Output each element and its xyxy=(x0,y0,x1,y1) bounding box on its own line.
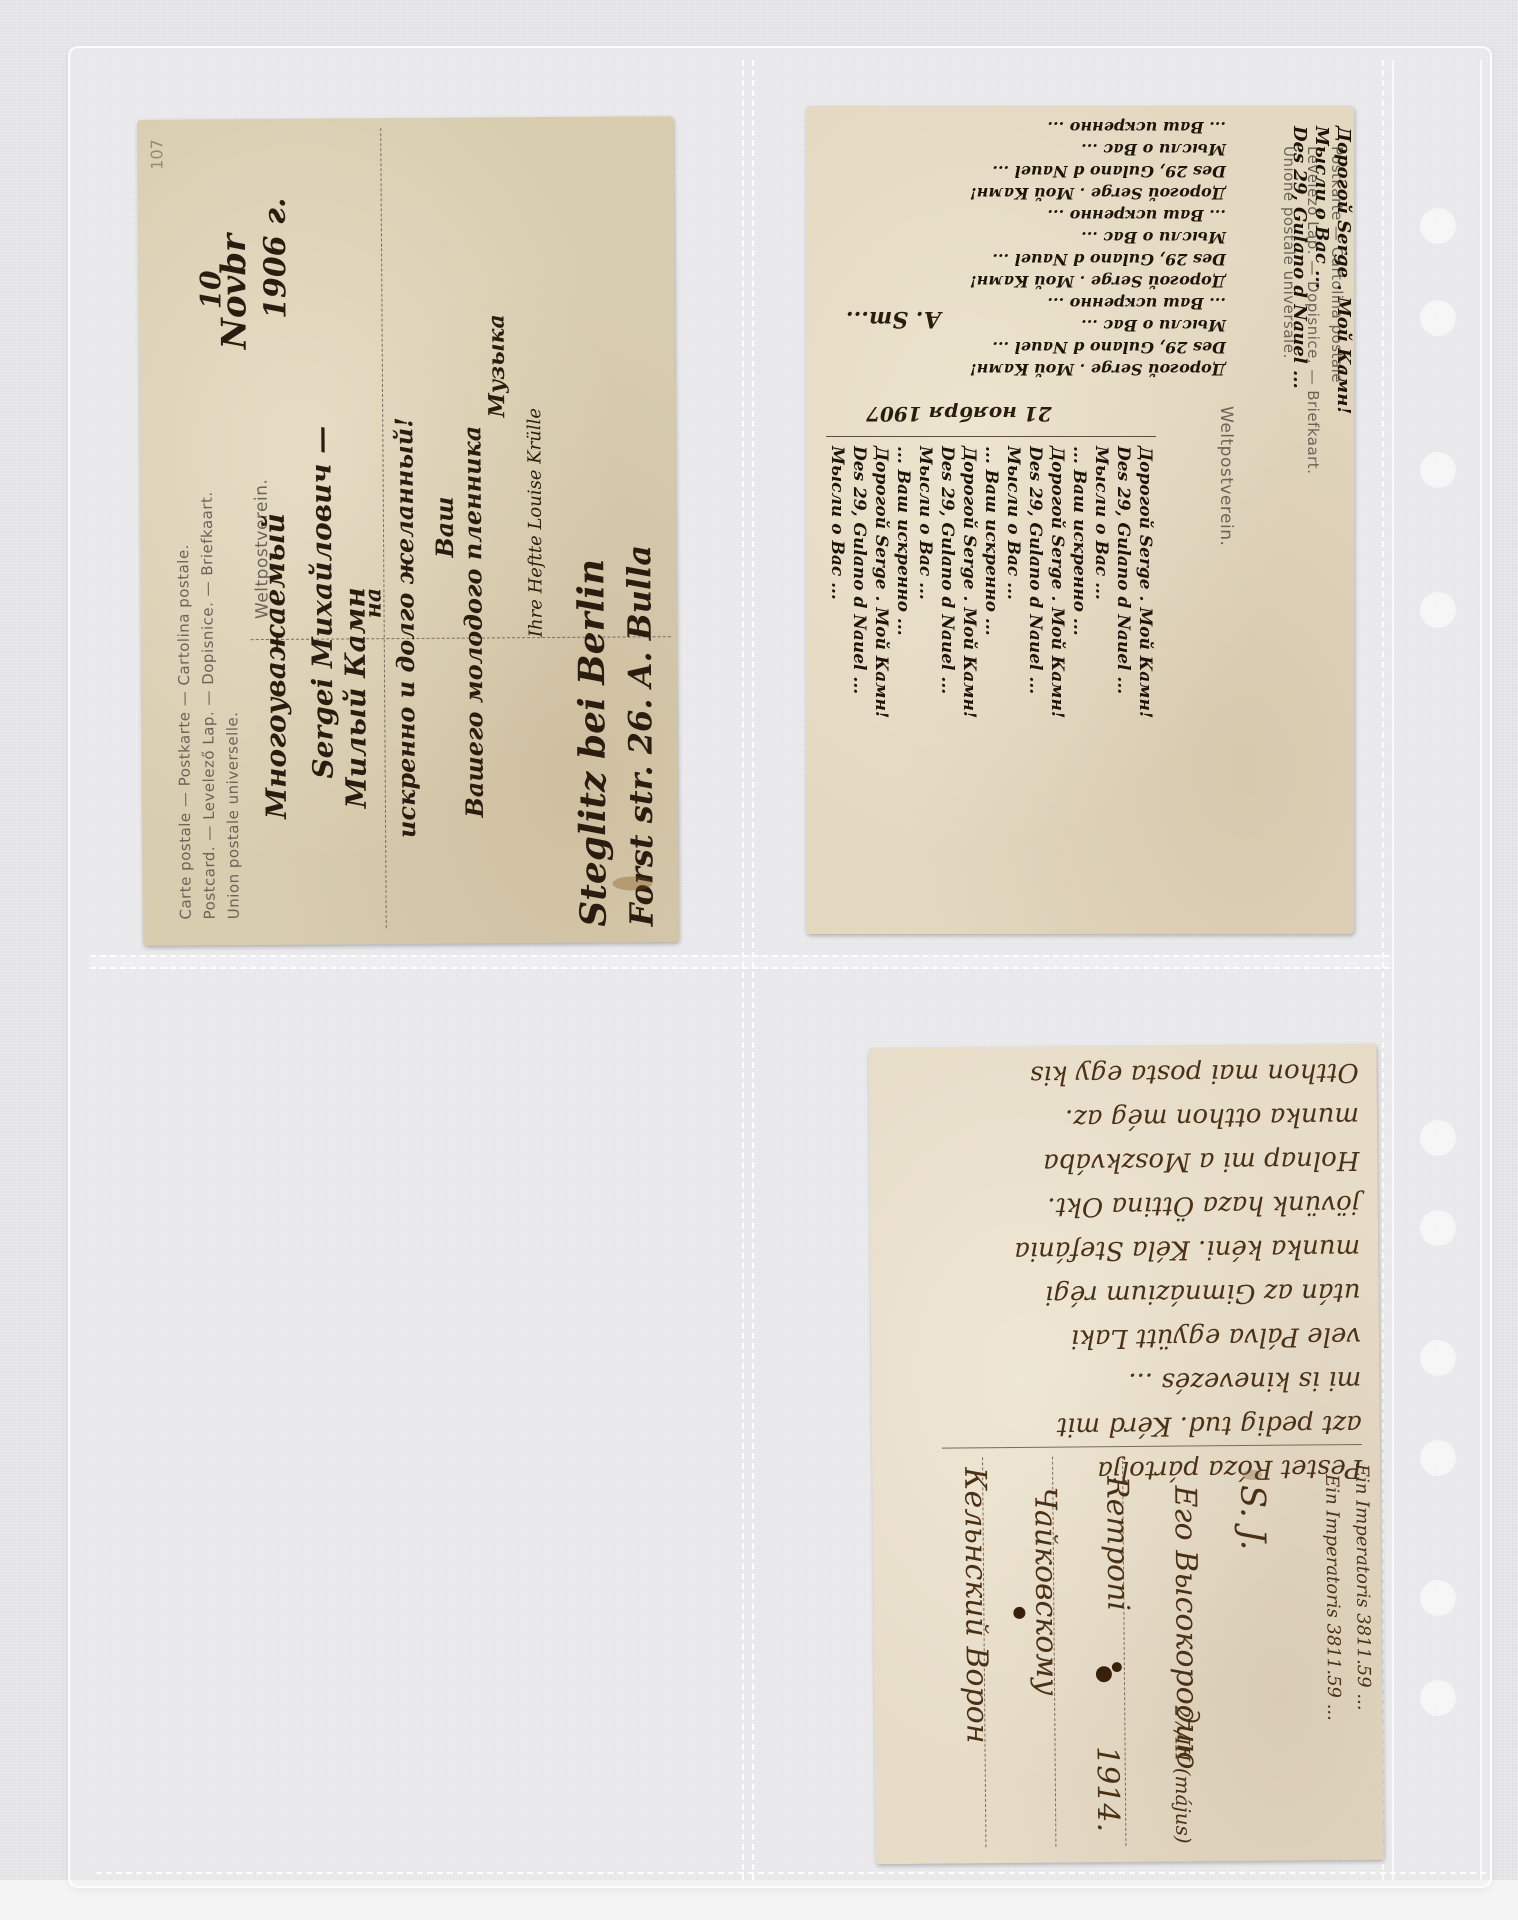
message-line: Вашего молодого пленника xyxy=(457,426,489,818)
message-line: Милый Камн xyxy=(338,587,373,808)
punch-hole-icon xyxy=(1420,1340,1456,1376)
date-month: Novbr xyxy=(214,234,255,349)
address-line-2: Forst str. 26. A. Bulla xyxy=(620,545,661,927)
pencil-mark: 107 xyxy=(147,139,166,170)
punch-hole-icon xyxy=(1420,1210,1456,1246)
message-line: искренно и долго желанный! xyxy=(389,417,421,838)
cross-written-column: Дорогой Serge . Мой Камн! Des 29, Gulano… xyxy=(826,446,1156,926)
address-line-2: Remponi xyxy=(1099,1476,1135,1611)
address-line-4: Кельнский Ворон xyxy=(957,1467,994,1743)
printed-header-line-1: Carte postale — Postkarte — Cartolina po… xyxy=(174,544,195,920)
postcard-1: 107 Carte postale — Postkarte — Cartolin… xyxy=(137,116,679,946)
message-line: Mузыка xyxy=(483,314,510,417)
sleeve-vertical-seam xyxy=(742,60,754,1880)
message-signoff: Ihre Heftte Louise Krülle xyxy=(524,408,547,637)
year: 1914. xyxy=(1090,1746,1126,1832)
address-line-3: Чайковскому xyxy=(1027,1487,1064,1696)
message-line: на xyxy=(360,588,386,618)
punch-hole-icon xyxy=(1420,1440,1456,1476)
punch-hole-icon xyxy=(1420,452,1456,488)
message-divider xyxy=(826,436,1156,437)
printed-header-line-4: Weltpostverein. xyxy=(1216,406,1236,546)
date-note: 27/III (május) xyxy=(1170,1705,1195,1843)
sleeve-binding-seam xyxy=(1382,60,1390,1880)
punch-hole-icon xyxy=(1420,1120,1456,1156)
sleeve-horizontal-seam xyxy=(90,955,1390,969)
message-line: Многоуважаемый xyxy=(258,513,293,819)
margin-writing: Дорогой Serge . Мой Камн! Мысли о Вас ..… xyxy=(1288,126,1354,926)
ink-blot xyxy=(1096,1666,1112,1682)
message-line: Sergei Михайлович — xyxy=(304,426,339,779)
date-year: 1906 г. xyxy=(258,198,294,320)
message-block-upside-down: Pestet Róza pártolja azt pedig tud. Kérd… xyxy=(899,1050,1363,1494)
side-note: Ein Imperatoris 3811.59 ... xyxy=(1351,1464,1374,1711)
postcard-2: Postkarte — Cartolina postale Levelező L… xyxy=(806,106,1354,934)
punch-hole-icon xyxy=(1420,300,1456,336)
punch-hole-icon xyxy=(1420,592,1456,628)
punch-hole-icon xyxy=(1420,1580,1456,1616)
punch-hole-icon xyxy=(1420,1680,1456,1716)
ink-blot xyxy=(1112,1662,1122,1672)
letter-date: 21 ноября 1907 xyxy=(866,402,1052,426)
side-note: Ein Imperatoris 3811.59 ... xyxy=(1321,1474,1344,1721)
address-line-1: Steglitz bei Berlin xyxy=(570,559,615,927)
printed-header-line-3: Union postale universelle. xyxy=(223,711,242,919)
message-line: Ваш xyxy=(430,496,459,557)
ink-blot xyxy=(1013,1607,1025,1619)
sleeve-bottom-seam xyxy=(96,1872,1486,1882)
signature: А. Sт... xyxy=(846,306,941,332)
printed-header-line-2: Postcard. — Levelező Lap. — Dopisnice. —… xyxy=(198,491,219,919)
cross-written-text-block: Дорогой Serge . Мой Камн! Des 29, Gulano… xyxy=(826,116,1226,380)
address-initials: S. J. xyxy=(1232,1485,1273,1551)
postcard-3: Pestet Róza pártolja azt pedig tud. Kérd… xyxy=(868,1044,1383,1864)
punch-hole-icon xyxy=(1420,208,1456,244)
